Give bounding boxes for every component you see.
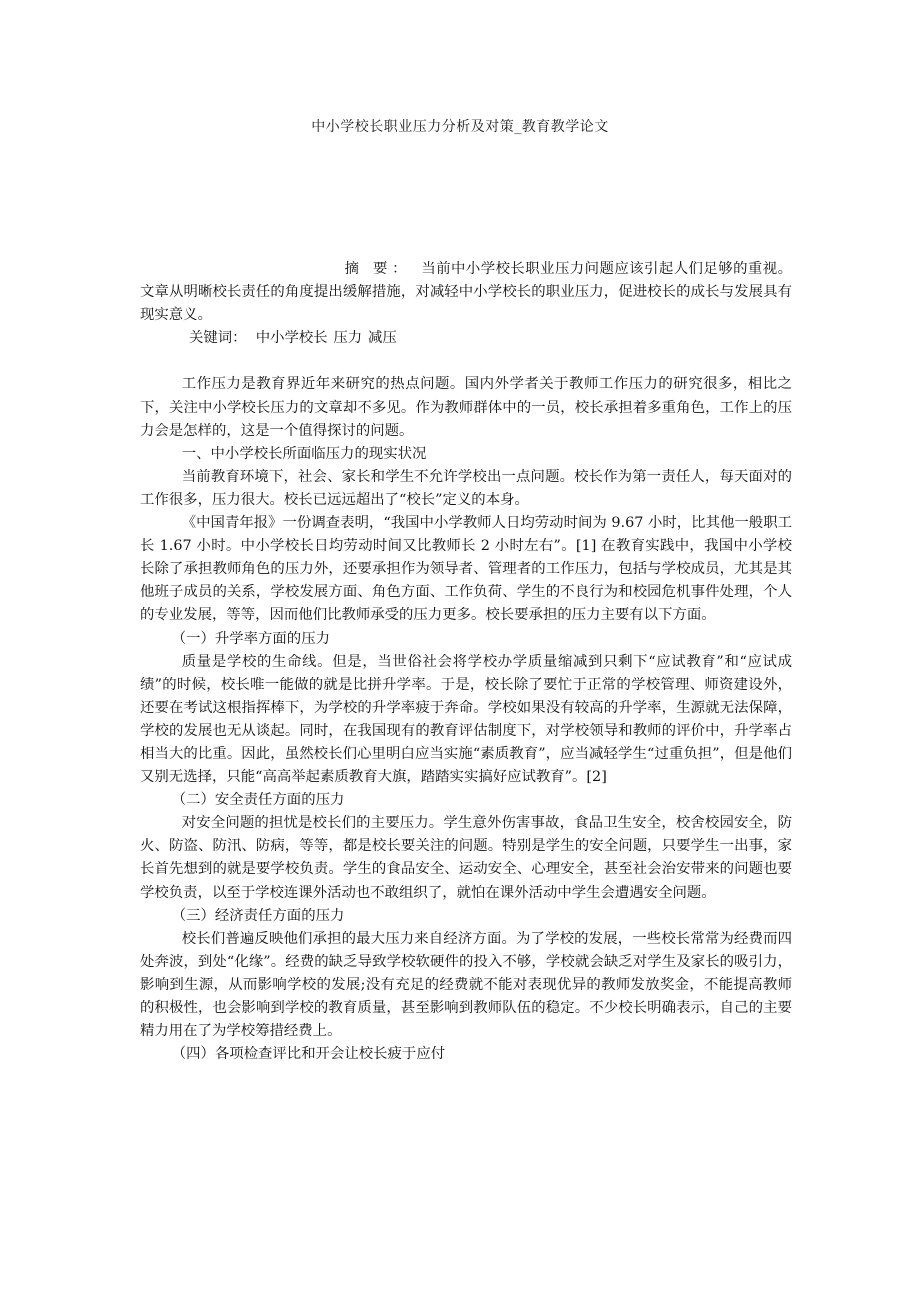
body-paragraph: 当前教育环境下，社会、家长和学生不允许学校出一点问题。校长作为第一责任人，每天面…: [140, 466, 792, 512]
abstract-paragraph: 摘 要： 当前中小学校长职业压力问题应该引起人们足够的重视。文章从明晰校长责任的…: [140, 258, 792, 327]
keywords-label: 关键词：: [189, 330, 247, 346]
body-paragraph: 校长们普遍反映他们承担的最大压力来自经济方面。为了学校的发展，一些校长常常为经费…: [140, 928, 792, 1043]
keyword-item: 减压: [368, 330, 397, 346]
subsection-heading-4: （四）各项检查评比和开会让校长疲于应付: [140, 1043, 792, 1066]
subsection-heading-3: （三）经济责任方面的压力: [140, 905, 792, 928]
document-body: 摘 要： 当前中小学校长职业压力问题应该引起人们足够的重视。文章从明晰校长责任的…: [140, 258, 792, 1066]
document-page: 中小学校长职业压力分析及对策_教育教学论文 摘 要： 当前中小学校长职业压力问题…: [0, 0, 920, 1302]
keywords-paragraph: 关键词： 中小学校长压力减压: [140, 327, 792, 350]
section-heading-1: 一、中小学校长所面临压力的现实状况: [140, 443, 792, 466]
body-paragraph: 《中国青年报》一份调查表明，“我国中小学教师人日均劳动时间为 9.67 小时，比…: [140, 512, 792, 627]
document-title: 中小学校长职业压力分析及对策_教育教学论文: [0, 116, 920, 136]
blank-line: [140, 350, 792, 373]
intro-paragraph: 工作压力是教育界近年来研究的热点问题。国内外学者关于教师工作压力的研究很多，相比…: [140, 373, 792, 442]
body-paragraph: 对安全问题的担忧是校长们的主要压力。学生意外伤害事故，食品卫生安全，校舍校园安全…: [140, 812, 792, 904]
abstract-label: 摘 要：: [344, 261, 411, 277]
subsection-heading-2: （二）安全责任方面的压力: [140, 789, 792, 812]
subsection-heading-1: （一）升学率方面的压力: [140, 628, 792, 651]
abstract-text: 当前中小学校长职业压力问题应该引起人们足够的重视。文章从明晰校长责任的角度提出缓…: [140, 261, 792, 323]
keyword-item: 中小学校长: [256, 330, 328, 346]
keyword-item: 压力: [333, 330, 362, 346]
body-paragraph: 质量是学校的生命线。但是，当世俗社会将学校办学质量缩减到只剩下“应试教育”和“应…: [140, 651, 792, 790]
